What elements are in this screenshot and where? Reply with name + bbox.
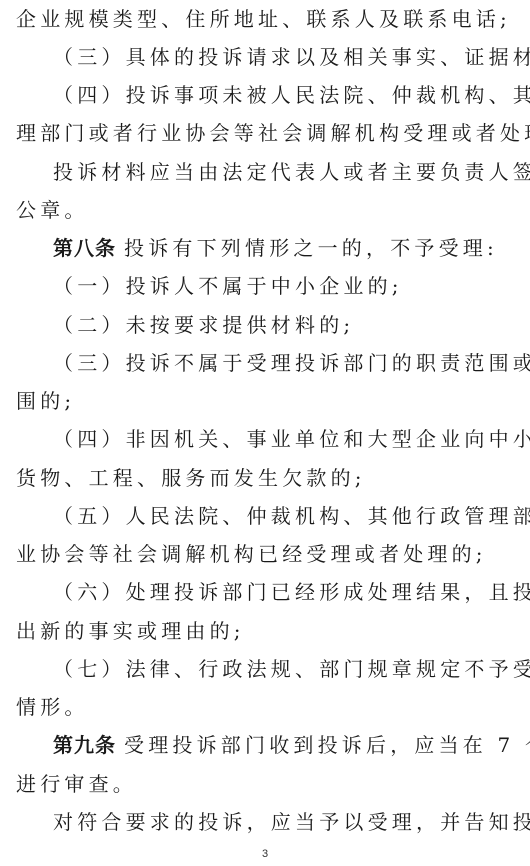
text-line: 企业规模类型、住所地址、联系人及联系电话; <box>16 0 511 38</box>
article-text: 投诉有下列情形之一的，不予受理: <box>124 236 498 260</box>
list-item-3: （三）具体的投诉请求以及相关事实、证据材料; <box>53 38 530 76</box>
list-item-1: （一）投诉人不属于中小企业的; <box>53 267 403 305</box>
list-item-2: （二）未按要求提供材料的; <box>53 306 354 344</box>
paragraph-signature: 投诉材料应当由法定代表人或者主要负责人签字并加盖 <box>53 153 530 191</box>
text-line: 公章。 <box>16 191 89 229</box>
paragraph-acceptance: 对符合要求的投诉，应当予以受理，并告知投诉人。 <box>53 803 530 841</box>
article-number: 第八条 <box>53 236 116 260</box>
list-item-7: （七）法律、行政法规、部门规章规定不予受理的其他 <box>53 650 530 688</box>
list-item-6: （六）处理投诉部门已经形成处理结果，且投诉人未提 <box>53 573 530 611</box>
text-line: 进行审查。 <box>16 765 137 803</box>
text-line: 业协会等社会调解机构已经受理或者处理的; <box>16 535 487 573</box>
text-line: 理部门或者行业协会等社会调解机构受理或者处理的承诺。 <box>16 114 530 152</box>
page-number: 3 <box>0 848 530 860</box>
list-item-4: （四）投诉事项未被人民法院、仲裁机构、其他行政管 <box>53 76 530 114</box>
text-line: 出新的事实或理由的; <box>16 612 245 650</box>
list-item-3: （三）投诉不属于受理投诉部门的职责范围或者管辖范 <box>53 344 530 382</box>
article-9-heading: 第九条受理投诉部门收到投诉后，应当在 7 个工作日内 <box>53 726 530 764</box>
list-item-5: （五）人民法院、仲裁机构、其他行政管理部门或者行 <box>53 497 530 535</box>
list-item-4: （四）非因机关、事业单位和大型企业向中小企业采购 <box>53 420 530 458</box>
article-text: 受理投诉部门收到投诉后，应当在 7 个工作日内 <box>124 733 530 757</box>
article-8-heading: 第八条投诉有下列情形之一的，不予受理: <box>53 229 498 267</box>
text-line: 情形。 <box>16 688 89 726</box>
article-number: 第九条 <box>53 733 116 757</box>
text-line: 围的; <box>16 382 75 420</box>
text-line: 货物、工程、服务而发生欠款的; <box>16 459 366 497</box>
